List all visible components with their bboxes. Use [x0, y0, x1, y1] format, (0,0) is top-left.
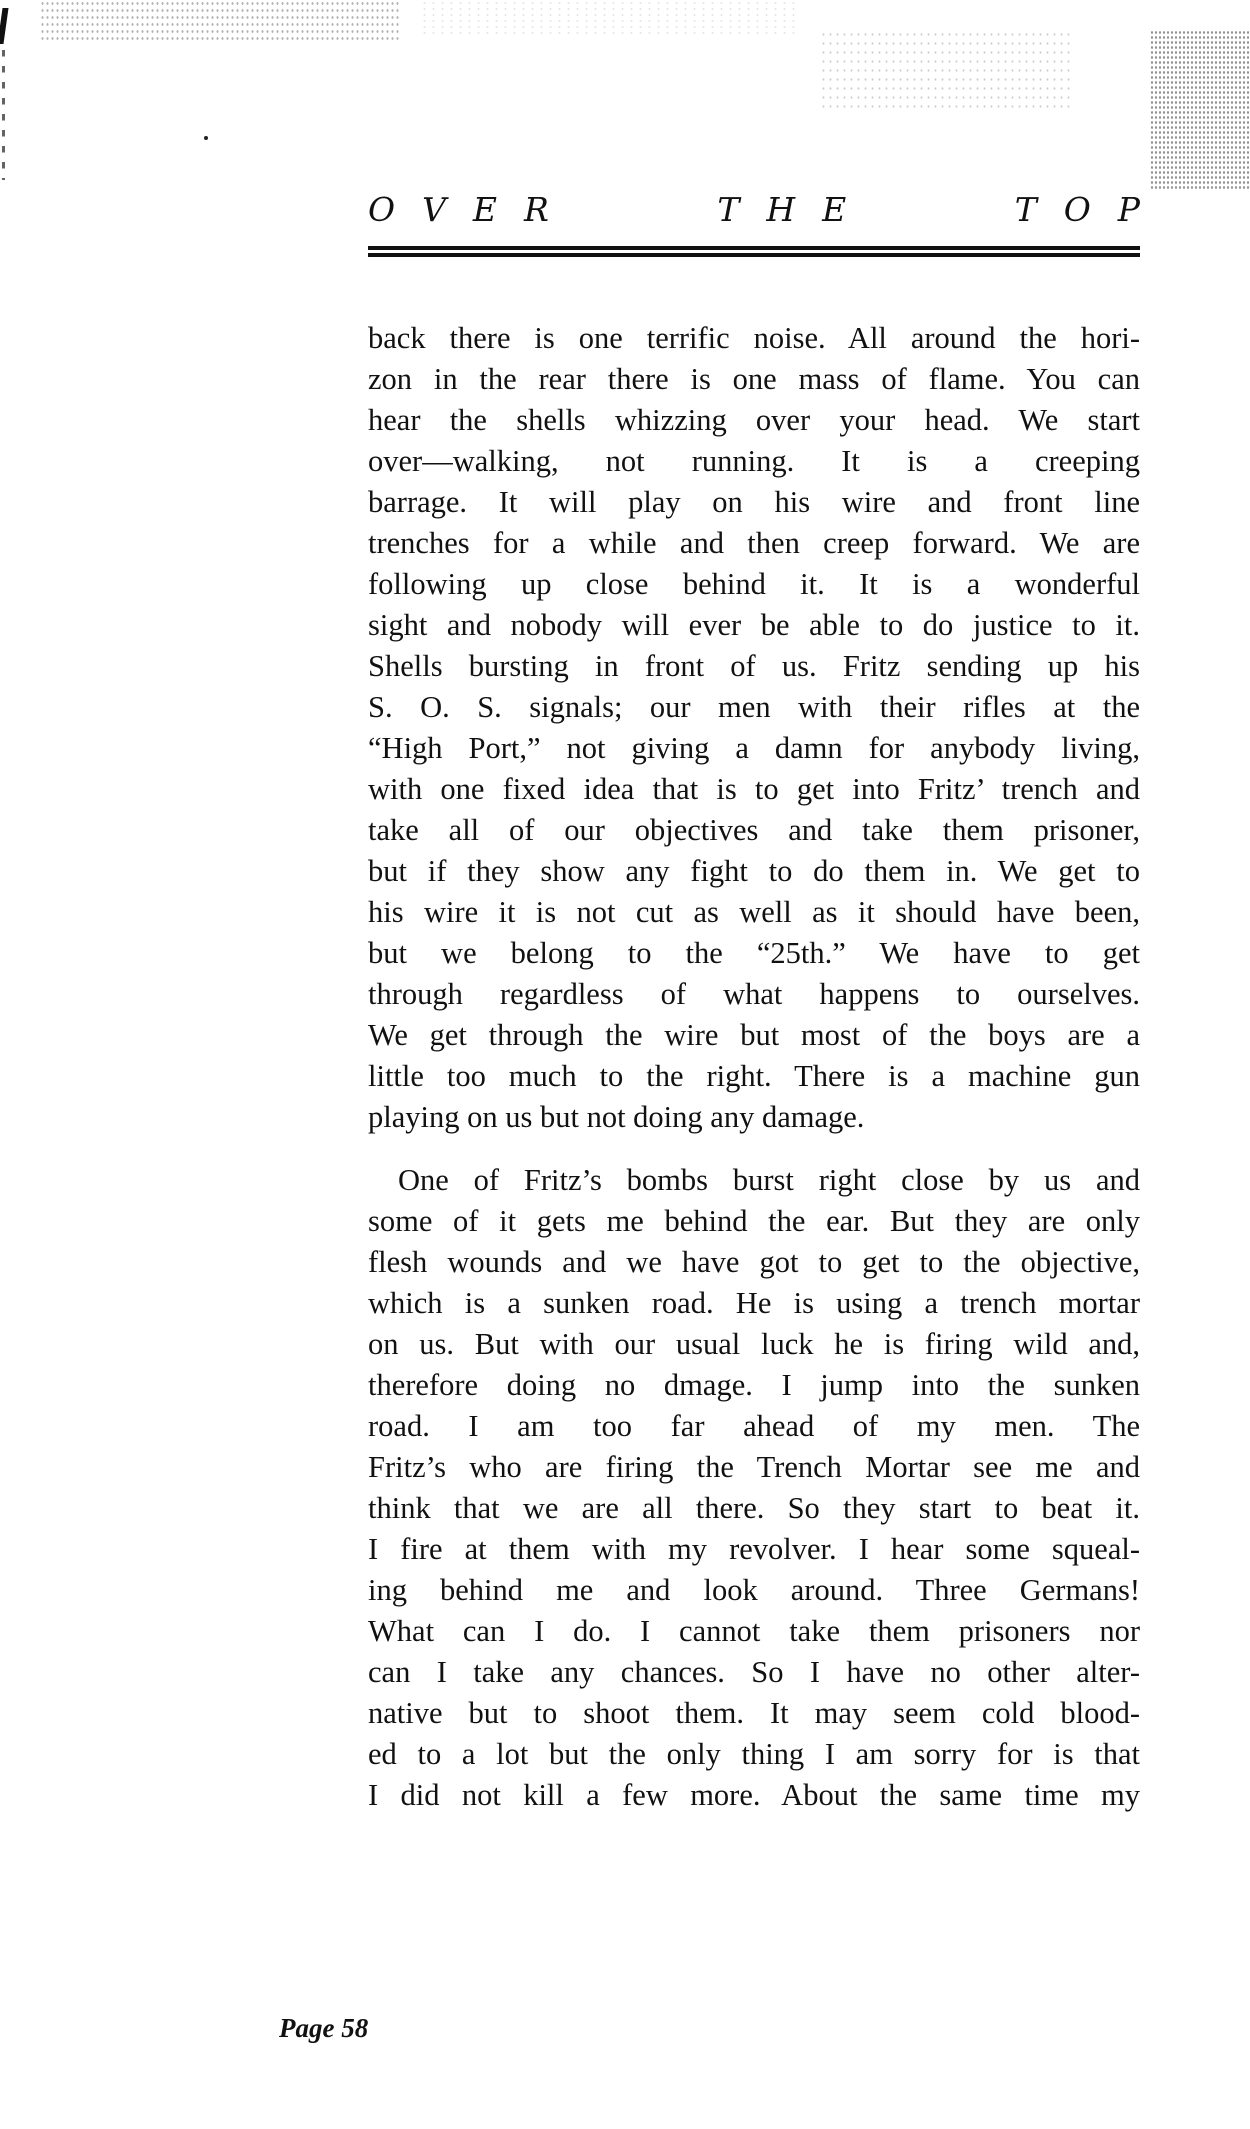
text-line: therefore doing no dmage. I jump into th… [368, 1365, 1140, 1406]
header-letter: T [717, 190, 739, 230]
header-letter: H [766, 190, 795, 230]
header-letter: P [1118, 190, 1140, 230]
page-number: Page 58 [279, 2013, 368, 2044]
header-letter: E [473, 190, 497, 230]
paragraph-1: back there is one terrific noise. All ar… [368, 318, 1140, 1138]
header-word-over: O V E R [368, 190, 549, 230]
text-line: through regardless of what happens to ou… [368, 974, 1140, 1015]
scan-noise [40, 0, 400, 40]
text-line: road. I am too far ahead of my men. The [368, 1406, 1140, 1447]
text-line: back there is one terrific noise. All ar… [368, 318, 1140, 359]
text-line: but we belong to the “25th.” We have to … [368, 933, 1140, 974]
text-line: trenches for a while and then creep forw… [368, 523, 1140, 564]
text-line: We get through the wire but most of the … [368, 1015, 1140, 1056]
text-line: native but to shoot them. It may seem co… [368, 1693, 1140, 1734]
scan-noise [820, 30, 1070, 110]
header-word-the: T H E [717, 190, 846, 230]
header-letter: O [1064, 190, 1091, 230]
text-line: playing on us but not doing any damage. [368, 1097, 1140, 1138]
header-letter: T [1015, 190, 1037, 230]
text-line: but if they show any fight to do them in… [368, 851, 1140, 892]
header-rule-bottom [368, 253, 1140, 257]
scan-speck [204, 136, 208, 140]
running-header: O V E R T H E T O P [368, 190, 1140, 262]
header-word-top: T O P [1015, 190, 1140, 230]
header-title: O V E R T H E T O P [368, 190, 1140, 230]
text-line: S. O. S. signals; our men with their rif… [368, 687, 1140, 728]
text-line: Fritz’s who are firing the Trench Mortar… [368, 1447, 1140, 1488]
text-line: take all of our objectives and take them… [368, 810, 1140, 851]
text-line: zon in the rear there is one mass of fla… [368, 359, 1140, 400]
text-line: What can I do. I cannot take them prison… [368, 1611, 1140, 1652]
binding-edge-ticks [2, 50, 5, 180]
text-line: his wire it is not cut as well as it sho… [368, 892, 1140, 933]
text-line: I did not kill a few more. About the sam… [368, 1775, 1140, 1816]
header-letter: O [368, 190, 395, 230]
text-line: with one fixed idea that is to get into … [368, 769, 1140, 810]
text-line: hear the shells whizzing over your head.… [368, 400, 1140, 441]
text-line: on us. But with our usual luck he is fir… [368, 1324, 1140, 1365]
paragraph-gap [368, 1138, 1140, 1160]
paragraph-2: One of Fritz’s bombs burst right close b… [368, 1160, 1140, 1816]
body-text: back there is one terrific noise. All ar… [368, 318, 1140, 1816]
text-line: sight and nobody will ever be able to do… [368, 605, 1140, 646]
text-line: little too much to the right. There is a… [368, 1056, 1140, 1097]
text-line: over—walking, not running. It is a creep… [368, 441, 1140, 482]
text-line: Shells bursting in front of us. Fritz se… [368, 646, 1140, 687]
text-line: One of Fritz’s bombs burst right close b… [368, 1160, 1140, 1201]
text-line: can I take any chances. So I have no oth… [368, 1652, 1140, 1693]
header-letter: E [822, 190, 846, 230]
header-letter: V [422, 190, 446, 230]
text-line: following up close behind it. It is a wo… [368, 564, 1140, 605]
text-line: some of it gets me behind the ear. But t… [368, 1201, 1140, 1242]
text-line: ed to a lot but the only thing I am sorr… [368, 1734, 1140, 1775]
scan-noise [420, 0, 800, 35]
text-line: think that we are all there. So they sta… [368, 1488, 1140, 1529]
scan-noise [1150, 30, 1250, 190]
text-line: “High Port,” not giving a damn for anybo… [368, 728, 1140, 769]
text-line: ing behind me and look around. Three Ger… [368, 1570, 1140, 1611]
header-rule-top [368, 246, 1140, 250]
header-letter: R [524, 190, 549, 230]
text-line: I fire at them with my revolver. I hear … [368, 1529, 1140, 1570]
text-line: flesh wounds and we have got to get to t… [368, 1242, 1140, 1283]
binding-edge-mark [0, 8, 9, 44]
text-line: barrage. It will play on his wire and fr… [368, 482, 1140, 523]
text-line: which is a sunken road. He is using a tr… [368, 1283, 1140, 1324]
